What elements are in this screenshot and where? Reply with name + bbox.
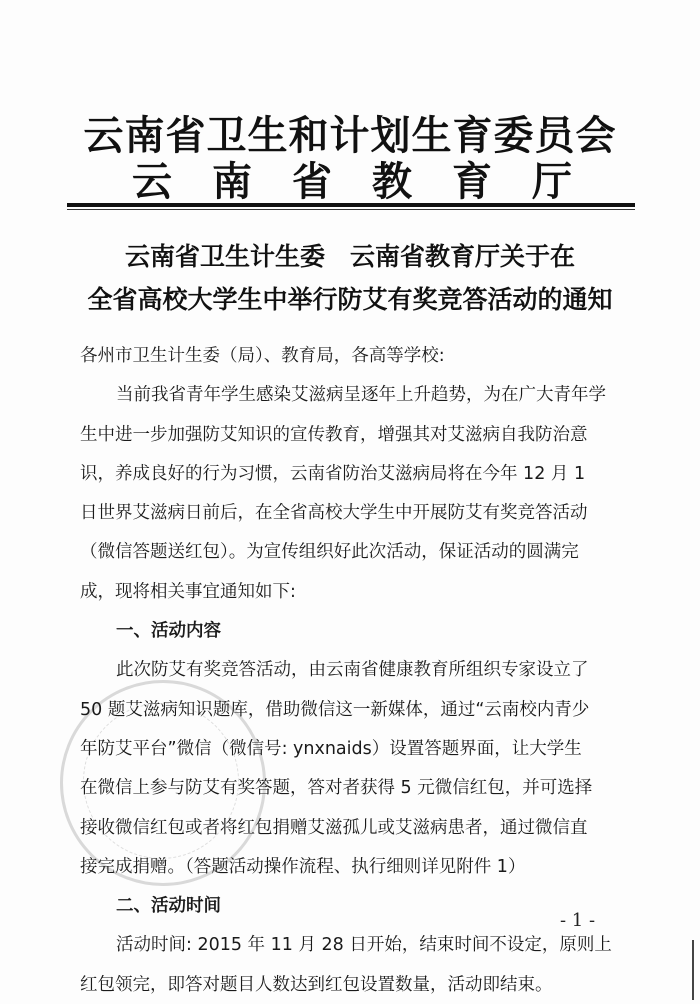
paragraph-line: （微信答题送红包）。为宣传组织好此次活动，保证活动的圆满完 xyxy=(80,533,620,572)
letterhead-org-education-dept: 云 南 省 教 育 厅 xyxy=(112,150,592,207)
paragraph-line: 此次防艾有奖竞答活动，由云南省健康教育所组织专家设立了 xyxy=(80,651,620,690)
paragraph-line: 生中进一步加强防艾知识的宣传教育，增强其对艾滋病自我防治意 xyxy=(80,416,620,455)
paragraph-line: 接收微信红包或者将红包捐赠艾滋孤儿或艾滋病患者，通过微信直 xyxy=(80,809,620,848)
paragraph-line: 识，养成良好的行为习惯，云南省防治艾滋病局将在今年 12 月 1 xyxy=(80,455,620,494)
letterhead-char: 云 xyxy=(112,150,192,207)
letterhead-divider-thick xyxy=(67,203,635,207)
paragraph-line: 50 题艾滋病知识题库，借助微信这一新媒体，通过“云南校内青少 xyxy=(80,691,620,730)
page-number: - 1 - xyxy=(560,910,595,931)
paragraph-line: 接完成捐赠。（答题活动操作流程、执行细则详见附件 1） xyxy=(80,848,620,887)
letterhead-divider-thin xyxy=(67,209,635,210)
paragraph-line: 年防艾平台”微信（微信号: ynxnaids）设置答题界面，让大学生 xyxy=(80,730,620,769)
section-heading-activity-time: 二、活动时间 xyxy=(80,887,620,926)
paragraph-line: 成，现将相关事宜通知如下: xyxy=(80,573,620,612)
salutation: 各州市卫生计生委（局）、教育局，各高等学校: xyxy=(80,337,620,376)
paragraph-line: 红包领完，即答对题目人数达到红包设置数量，活动即结束。 xyxy=(80,966,620,1004)
letterhead-char: 厅 xyxy=(512,150,592,207)
letterhead-char: 省 xyxy=(272,150,352,207)
paragraph-line: 日世界艾滋病日前后，在全省高校大学生中开展防艾有奖竞答活动 xyxy=(80,494,620,533)
paragraph-line: 在微信上参与防艾有奖答题，答对者获得 5 元微信红包，并可选择 xyxy=(80,769,620,808)
document-body: 各州市卫生计生委（局）、教育局，各高等学校: 当前我省青年学生感染艾滋病呈逐年上… xyxy=(80,337,620,1004)
document-page: 云南省卫生和计划生育委员会 云 南 省 教 育 厅 云南省卫生计生委 云南省教育… xyxy=(0,0,700,1004)
paragraph-line: 活动时间: 2015 年 11 月 28 日开始，结束时间不设定，原则上 xyxy=(80,926,620,965)
paragraph-line: 当前我省青年学生感染艾滋病呈逐年上升趋势，为在广大青年学 xyxy=(80,376,620,415)
letterhead-char: 教 xyxy=(352,150,432,207)
letterhead-char: 南 xyxy=(192,150,272,207)
section-heading-activity-content: 一、活动内容 xyxy=(80,612,620,651)
letterhead-char: 育 xyxy=(432,150,512,207)
document-title-line1: 云南省卫生计生委 云南省教育厅关于在 xyxy=(0,237,700,273)
scan-edge-artifact xyxy=(692,940,694,1000)
document-title-line2: 全省高校大学生中举行防艾有奖竞答活动的通知 xyxy=(0,280,700,316)
